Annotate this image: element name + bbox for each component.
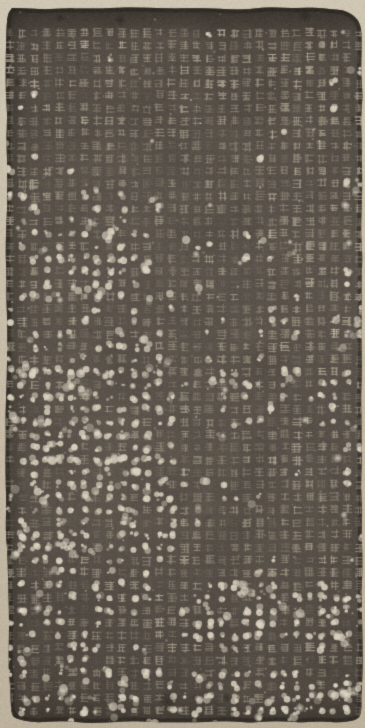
rubbing-sheet [0,0,365,728]
stele-rubbing-canvas [0,0,365,728]
